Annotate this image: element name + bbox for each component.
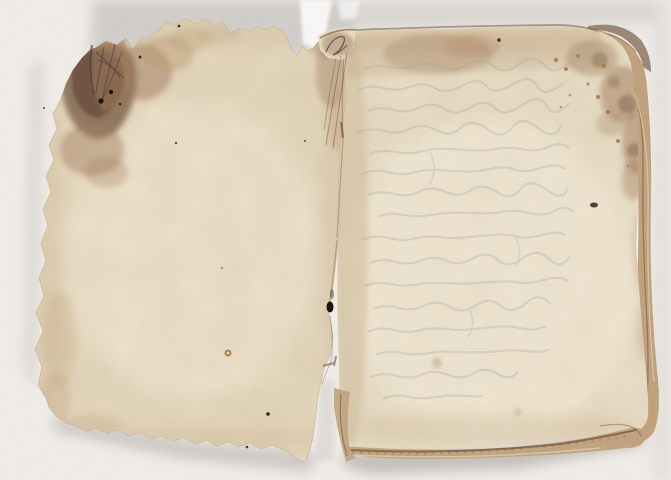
manuscript-spread-photo: Opened aged manuscript notebook photogra… bbox=[0, 0, 671, 480]
manuscript-photo-svg: Opened aged manuscript notebook photogra… bbox=[0, 0, 671, 480]
photo-grain bbox=[0, 0, 671, 480]
